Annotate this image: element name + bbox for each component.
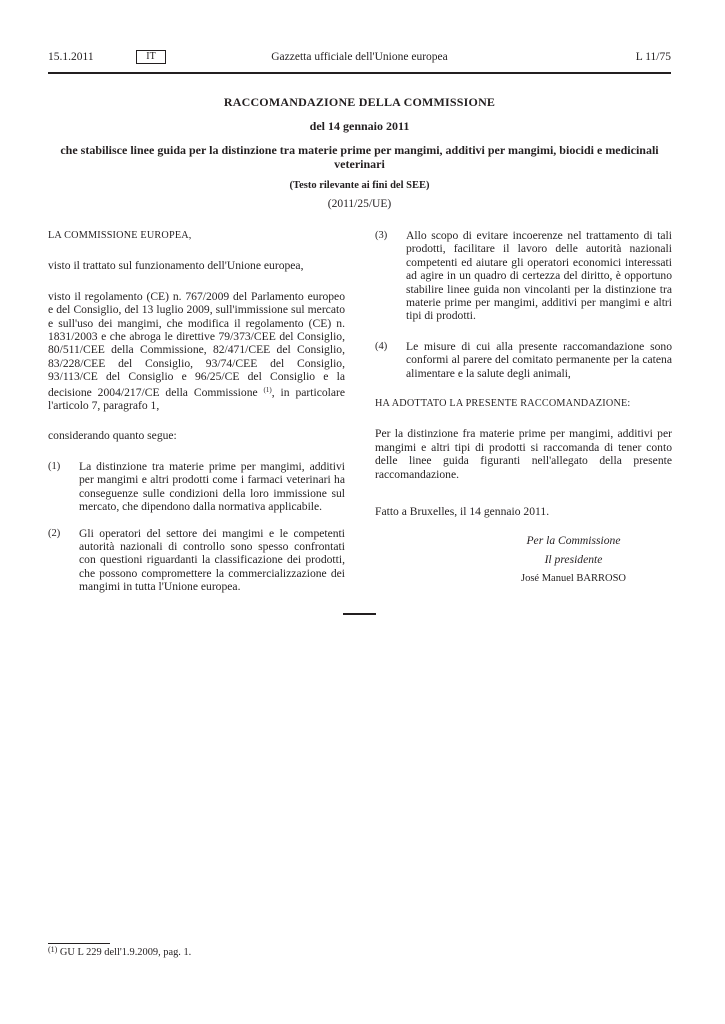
issuer: LA COMMISSIONE EUROPEA, <box>48 229 345 242</box>
left-column: LA COMMISSIONE EUROPEA, visto il trattat… <box>48 229 345 607</box>
signature-block: Per la Commissione Il presidente José Ma… <box>475 531 672 588</box>
recital-number: (1) <box>48 460 79 514</box>
document-type: RACCOMANDAZIONE DELLA COMMISSIONE <box>48 95 671 110</box>
recital-1: (1) La distinzione tra materie prime per… <box>48 460 345 514</box>
footnote-reference[interactable]: (1) <box>264 386 272 394</box>
page-header: Gazzetta ufficiale dell'Unione europea 1… <box>48 51 671 67</box>
whereas-intro: considerando quanto segue: <box>48 429 345 442</box>
recital-number: (3) <box>375 229 406 323</box>
end-of-text-rule <box>343 613 376 615</box>
footnote-divider <box>48 943 110 944</box>
recital-text: Le misure di cui alla presente raccomand… <box>406 340 672 380</box>
adoption-statement: HA ADOTTATO LA PRESENTE RACCOMANDAZIONE: <box>375 397 672 410</box>
recital-text: Allo scopo di evitare incoerenze nel tra… <box>406 229 672 323</box>
recital-4: (4) Le misure di cui alla presente racco… <box>375 340 672 380</box>
document-subject: che stabilisce linee guida per la distin… <box>48 143 671 171</box>
recital-number: (4) <box>375 340 406 380</box>
footnote-marker: (1) <box>48 945 57 954</box>
signature-on-behalf: Per la Commissione <box>475 531 672 550</box>
header-divider <box>48 72 671 74</box>
document-reference: (2011/25/UE) <box>48 198 671 210</box>
right-column: (3) Allo scopo di evitare incoerenze nel… <box>375 229 672 588</box>
recital-text: Gli operatori del settore dei mangimi e … <box>79 527 345 594</box>
citation-regulation: visto il regolamento (CE) n. 767/2009 de… <box>48 290 345 413</box>
recital-text: La distinzione tra materie prime per man… <box>79 460 345 514</box>
recital-3: (3) Allo scopo di evitare incoerenze nel… <box>375 229 672 323</box>
document-date: del 14 gennaio 2011 <box>48 119 671 134</box>
recital-number: (2) <box>48 527 79 594</box>
language-badge: IT <box>136 50 166 64</box>
page-reference: L 11/75 <box>636 51 671 63</box>
footnote: (1) GU L 229 dell'1.9.2009, pag. 1. <box>48 945 191 958</box>
recital-2: (2) Gli operatori del settore dei mangim… <box>48 527 345 594</box>
publication-date: 15.1.2011 <box>48 51 94 63</box>
eea-relevance-note: (Testo rilevante ai fini del SEE) <box>48 180 671 191</box>
citation-treaty: visto il trattato sul funzionamento dell… <box>48 259 345 272</box>
footnote-text: GU L 229 dell'1.9.2009, pag. 1. <box>57 947 191 958</box>
done-at: Fatto a Bruxelles, il 14 gennaio 2011. <box>375 505 672 518</box>
signatory-name: José Manuel BARROSO <box>475 569 672 588</box>
document-title-block: RACCOMANDAZIONE DELLA COMMISSIONE del 14… <box>48 95 671 210</box>
citation-regulation-text: visto il regolamento (CE) n. 767/2009 de… <box>48 290 345 399</box>
signature-role: Il presidente <box>475 550 672 569</box>
operative-text: Per la distinzione fra materie prime per… <box>375 427 672 481</box>
